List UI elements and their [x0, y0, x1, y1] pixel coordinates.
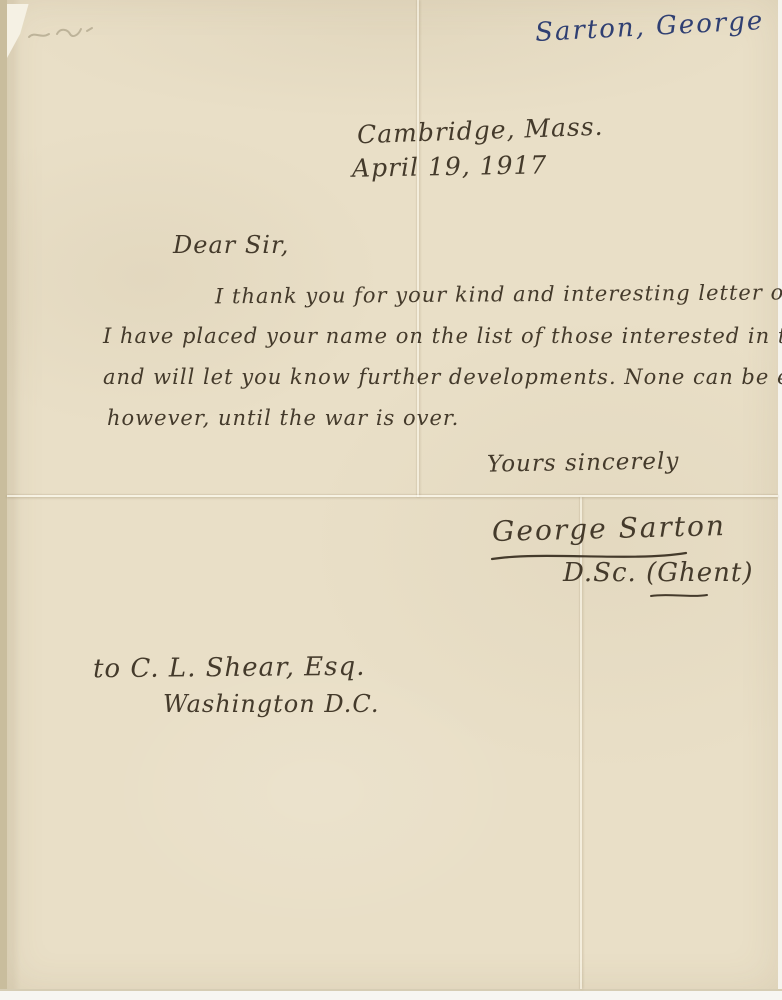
scan-backing-left-edge: [0, 0, 7, 989]
fold-crease-horizontal: [7, 495, 778, 497]
credential-underline: [649, 592, 709, 600]
recipient-address: Washington D.C.: [163, 690, 380, 718]
body-line-4: however, until the war is over.: [107, 406, 459, 430]
body-line-1: I thank you for your kind and interestin…: [215, 280, 782, 309]
letter-place: Cambridge, Mass.: [357, 112, 604, 150]
credential: D.Sc. (Ghent): [563, 558, 753, 588]
body-line-3: and will let you know further developmen…: [103, 365, 782, 389]
salutation: Dear Sir,: [173, 231, 289, 259]
letter-paper: Sarton, George Cambridge, Mass. April 19…: [7, 0, 778, 989]
pencil-mark: [25, 22, 109, 48]
letter-date: April 19, 1917: [352, 150, 548, 182]
recipient-name: to C. L. Shear, Esq.: [93, 652, 366, 684]
scan-backing-bottom-edge: [0, 989, 782, 1000]
archival-annotation: Sarton, George: [534, 6, 765, 48]
signature: George Sarton: [492, 509, 727, 548]
closing: Yours sincerely: [487, 448, 680, 477]
body-line-2: I have placed your name on the list of t…: [103, 324, 782, 348]
